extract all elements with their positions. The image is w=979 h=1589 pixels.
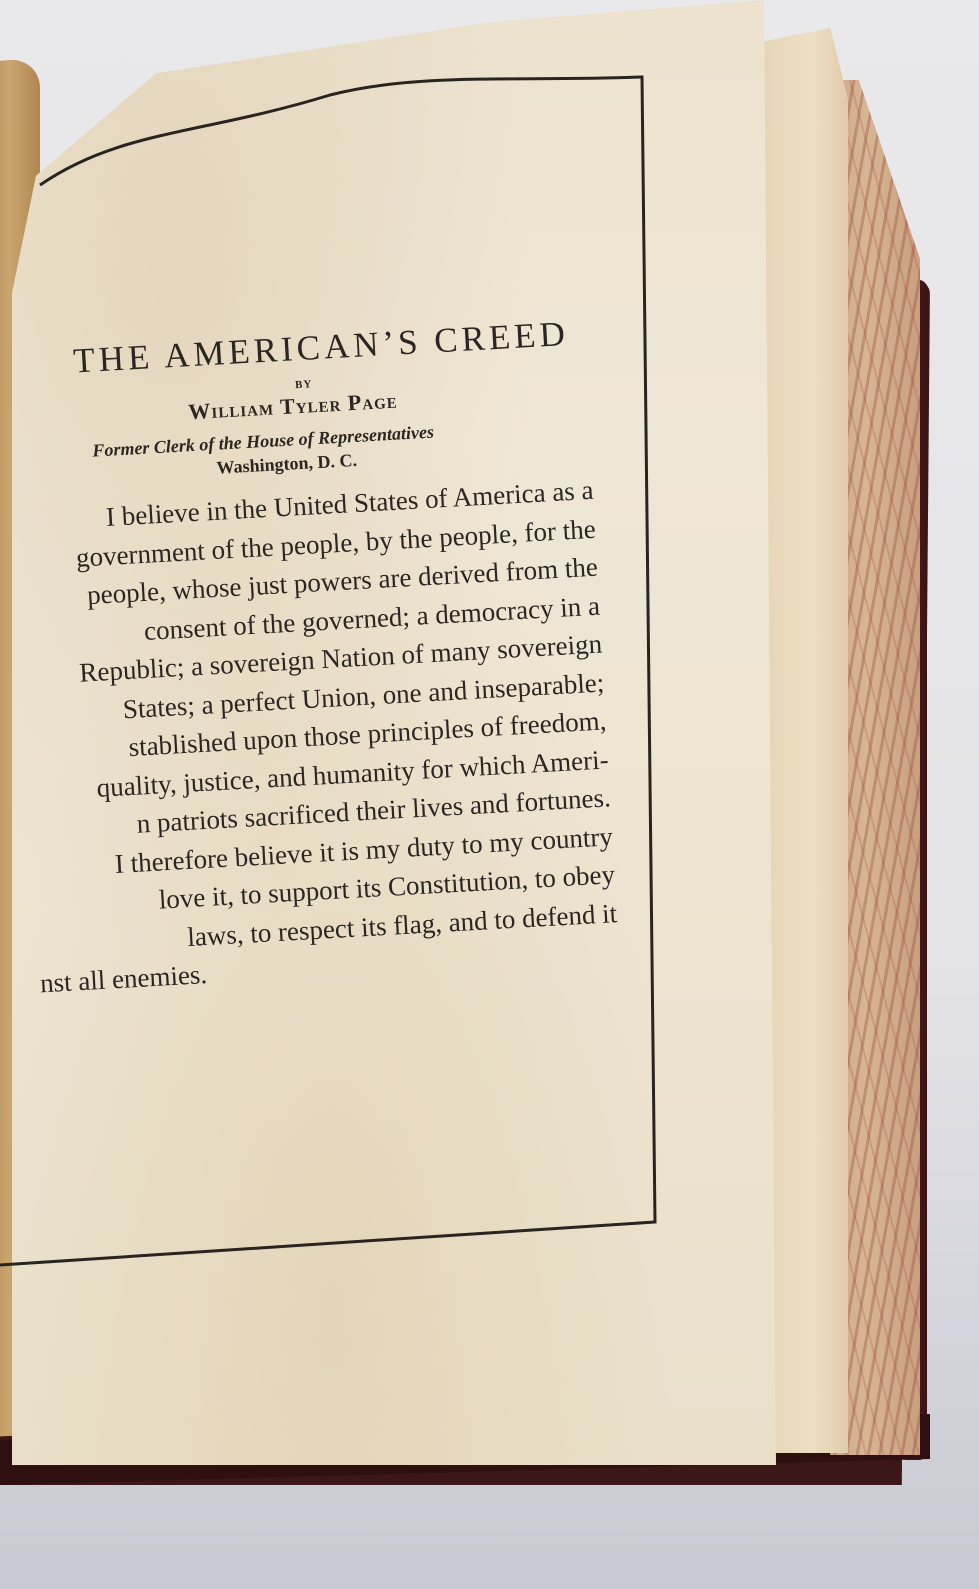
- byline-by: BY: [295, 378, 313, 391]
- creed-body: I believe in the United States of Americ…: [13, 469, 650, 1003]
- book-photo: THE AMERICAN’S CREED BY William Tyler Pa…: [0, 0, 979, 1589]
